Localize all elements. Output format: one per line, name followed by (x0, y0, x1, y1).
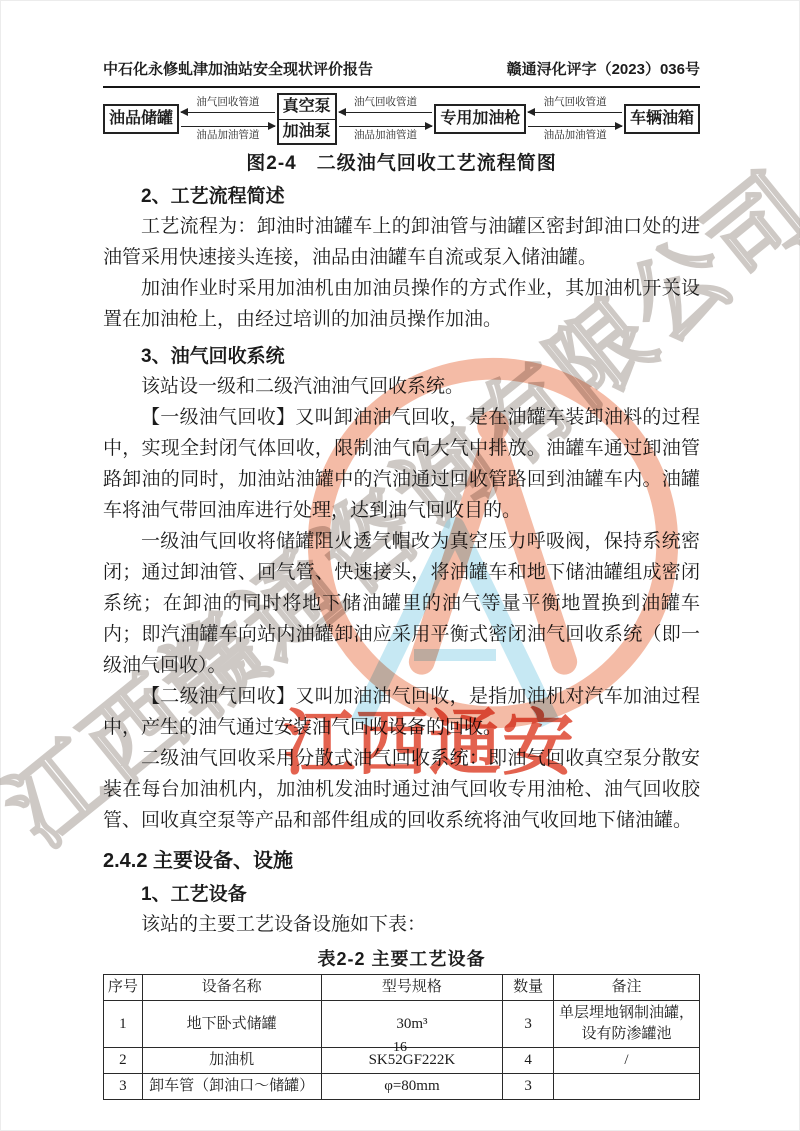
arrow-right-icon (528, 126, 622, 127)
cell-index: 3 (104, 1074, 143, 1100)
figure-caption: 图2-4 二级油气回收工艺流程简图 (103, 148, 700, 175)
col-header-index: 序号 (104, 975, 143, 1001)
flow-box-fuel-pump: 加油泵 (279, 119, 335, 143)
paragraph: 该站设一级和二级汽油油气回收系统。 (103, 371, 700, 402)
cell-qty: 3 (503, 1074, 554, 1100)
document-page: 江西赣通咨询有限公司 中石化永修虬津加油站安全现状评价报告 赣通浔化评字（202… (0, 0, 800, 1131)
page-header: 中石化永修虬津加油站安全现状评价报告 赣通浔化评字（2023）036号 (103, 58, 700, 88)
cell-name: 卸车管（卸油口～储罐） (142, 1074, 321, 1100)
pipe-label-vapor-recovery: 油气回收管道 (339, 97, 433, 109)
col-header-model: 型号规格 (321, 975, 503, 1001)
flow-connector-1: 油气回收管道 油品加油管道 (179, 97, 277, 141)
arrow-left-icon (181, 112, 275, 113)
heading-process-equipment: 1、工艺设备 (103, 879, 700, 906)
arrow-left-icon (339, 112, 433, 113)
doc-number: 赣通浔化评字（2023）036号 (507, 58, 700, 79)
paragraph: 加油作业时采用加油机由加油员操作的方式作业，其加油机开关设置在加油枪上，由经过培… (103, 273, 700, 335)
flow-box-storage-tank: 油品储罐 (103, 104, 179, 133)
arrow-right-icon (181, 126, 275, 127)
flow-connector-2: 油气回收管道 油品加油管道 (337, 97, 435, 141)
page-content: 中石化永修虬津加油站安全现状评价报告 赣通浔化评字（2023）036号 油品储罐… (103, 58, 700, 1100)
paragraph: 二级油气回收采用分散式油气回收系统：即油气回收真空泵分散安装在每台加油机内，加油… (103, 743, 700, 836)
pipe-label-fuel-line: 油品加油管道 (528, 130, 622, 142)
paragraph: 工艺流程为：卸油时油罐车上的卸油管与油罐区密封卸油口处的进油管采用快速接头连接，… (103, 211, 700, 273)
arrow-right-icon (339, 126, 433, 127)
flow-box-vacuum-pump: 真空泵 (279, 95, 335, 118)
paragraph: 【一级油气回收】又叫卸油油气回收，是在油罐车装卸油料的过程中，实现全封闭气体回收… (103, 402, 700, 526)
table-title: 表2-2 主要工艺设备 (103, 945, 700, 971)
paragraph: 该站的主要工艺设备设施如下表： (103, 909, 700, 940)
col-header-name: 设备名称 (142, 975, 321, 1001)
flow-diagram: 油品储罐 油气回收管道 油品加油管道 真空泵 加油泵 油气回收管道 油品加油管道… (103, 94, 700, 144)
arrow-left-icon (528, 112, 622, 113)
col-header-note: 备注 (553, 975, 699, 1001)
pipe-label-vapor-recovery: 油气回收管道 (181, 97, 275, 109)
heading-process-overview: 2、工艺流程简述 (103, 181, 700, 208)
table-header-row: 序号 设备名称 型号规格 数量 备注 (104, 975, 700, 1001)
paragraph: 一级油气回收将储罐阻火透气帽改为真空压力呼吸阀，保持系统密闭；通过卸油管、回气管… (103, 526, 700, 681)
flow-box-vehicle-tank: 车辆油箱 (624, 104, 700, 133)
col-header-qty: 数量 (503, 975, 554, 1001)
table-row: 3 卸车管（卸油口～储罐） φ=80mm 3 (104, 1074, 700, 1100)
flow-box-nozzle: 专用加油枪 (434, 104, 526, 133)
heading-vapor-recovery: 3、油气回收系统 (103, 341, 700, 368)
pipe-label-fuel-line: 油品加油管道 (339, 130, 433, 142)
pipe-label-vapor-recovery: 油气回收管道 (528, 97, 622, 109)
report-title: 中石化永修虬津加油站安全现状评价报告 (103, 58, 373, 79)
cell-model: φ=80mm (321, 1074, 503, 1100)
cell-note (553, 1074, 699, 1100)
pipe-label-fuel-line: 油品加油管道 (181, 130, 275, 142)
flow-box-pumps: 真空泵 加油泵 (277, 93, 337, 144)
paragraph: 【二级油气回收】又叫加油油气回收，是指加油机对汽车加油过程中，产生的油气通过安装… (103, 681, 700, 743)
flow-connector-3: 油气回收管道 油品加油管道 (526, 97, 624, 141)
heading-main-equipment: 2.4.2 主要设备、设施 (103, 844, 700, 873)
page-number: 16 (0, 1040, 800, 1056)
equipment-table: 序号 设备名称 型号规格 数量 备注 1 地下卧式储罐 30m³ 3 单层埋地钢… (103, 974, 700, 1100)
